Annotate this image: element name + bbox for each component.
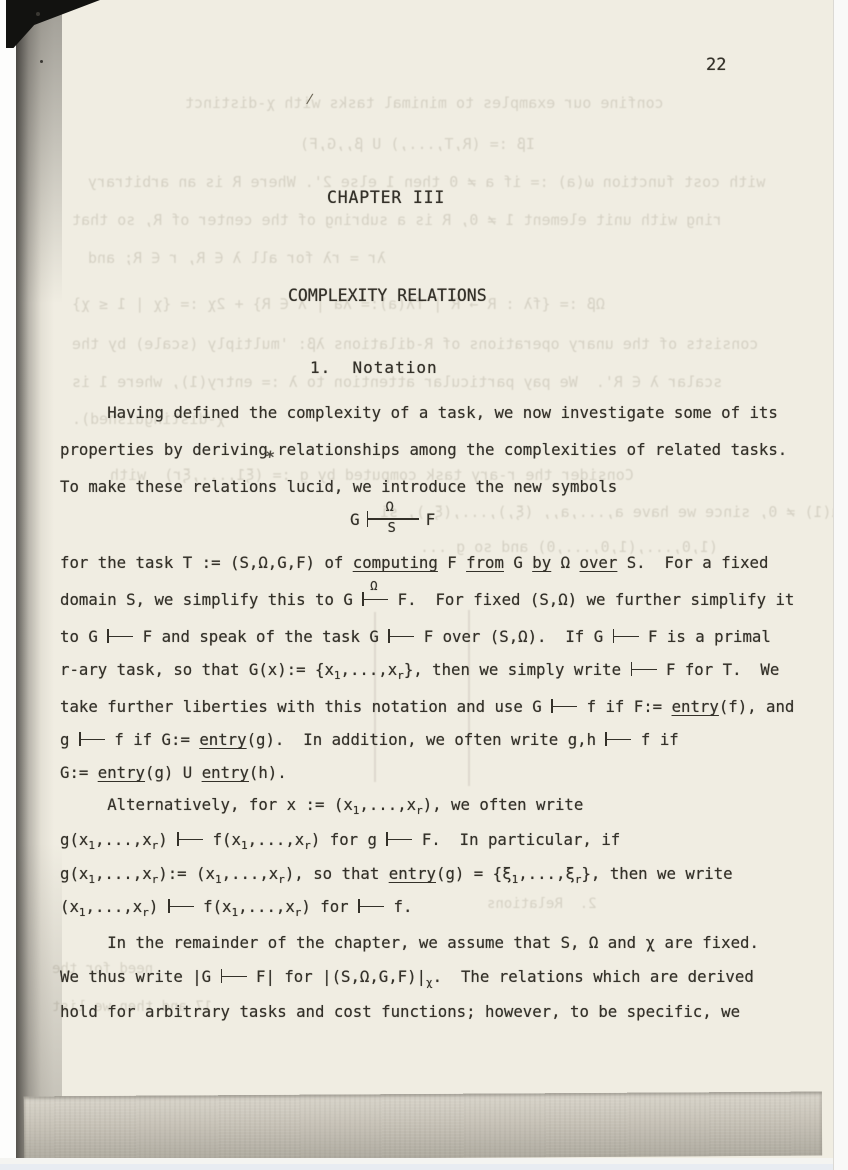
body-line: hold for arbitrary tasks and cost functi… — [60, 1002, 740, 1022]
turnstile-icon — [388, 630, 414, 643]
turnstile-icon — [79, 733, 105, 746]
turnstile-icon — [107, 630, 133, 643]
scan-speck — [36, 12, 40, 16]
scanner-edge-bottom — [0, 1164, 848, 1170]
turnstile-icon — [551, 700, 577, 713]
turnstile-icon — [221, 970, 247, 983]
body-line: take further liberties with this notatio… — [60, 697, 794, 717]
scanner-margin-left — [0, 0, 16, 1170]
body-line: g(x1,...,xr):= (x1,...,xr), so that entr… — [60, 864, 733, 890]
turnstile-icon — [358, 900, 384, 913]
body-line: g f if G:= entry(g). In addition, we oft… — [60, 730, 679, 750]
body-line: To make these relations lucid, we introd… — [60, 477, 617, 497]
body-line: (x1,...,xr) f(x1,...,xr) for f. — [60, 897, 412, 923]
body-line: In the remainder of the chapter, we assu… — [60, 933, 759, 953]
stray-tick-mark: / — [305, 92, 314, 108]
turnstile-omega-icon: Ω — [362, 593, 388, 606]
turnstile-icon — [605, 733, 631, 746]
body-text: Having defined the complexity of a task,… — [0, 0, 848, 1170]
body-line: We thus write |G F| for |(S,Ω,G,F)|χ. Th… — [60, 967, 754, 993]
body-line: domain S, we simplify this to G Ω F. For… — [60, 590, 794, 610]
turnstile-icon — [168, 900, 194, 913]
body-line: to G F and speak of the task G F over (S… — [60, 627, 771, 647]
turnstile-icon — [613, 630, 639, 643]
body-line: g(x1,...,xr) f(x1,...,xr) for g F. In pa… — [60, 830, 620, 856]
turnstile-icon — [177, 833, 203, 846]
body-line: properties by deriving relationships amo… — [60, 440, 787, 460]
body-line: for the task T := (S,Ω,G,F) of computing… — [60, 553, 768, 573]
turnstile-icon — [631, 663, 657, 676]
scanner-margin-right — [833, 0, 848, 1170]
scanned-page: confine our examples to minimal tasks wi… — [0, 0, 848, 1170]
turnstile-icon — [386, 833, 412, 846]
body-line: Having defined the complexity of a task,… — [60, 403, 778, 423]
page-bottom-shadow-band — [24, 1092, 822, 1161]
body-line: r-ary task, so that G(x):= {x1,...,xr}, … — [60, 660, 779, 686]
scan-speck — [40, 60, 43, 63]
body-line: G:= entry(g) U entry(h). — [60, 763, 287, 783]
body-line: Alternatively, for x := (x1,...,xr), we … — [60, 795, 583, 821]
